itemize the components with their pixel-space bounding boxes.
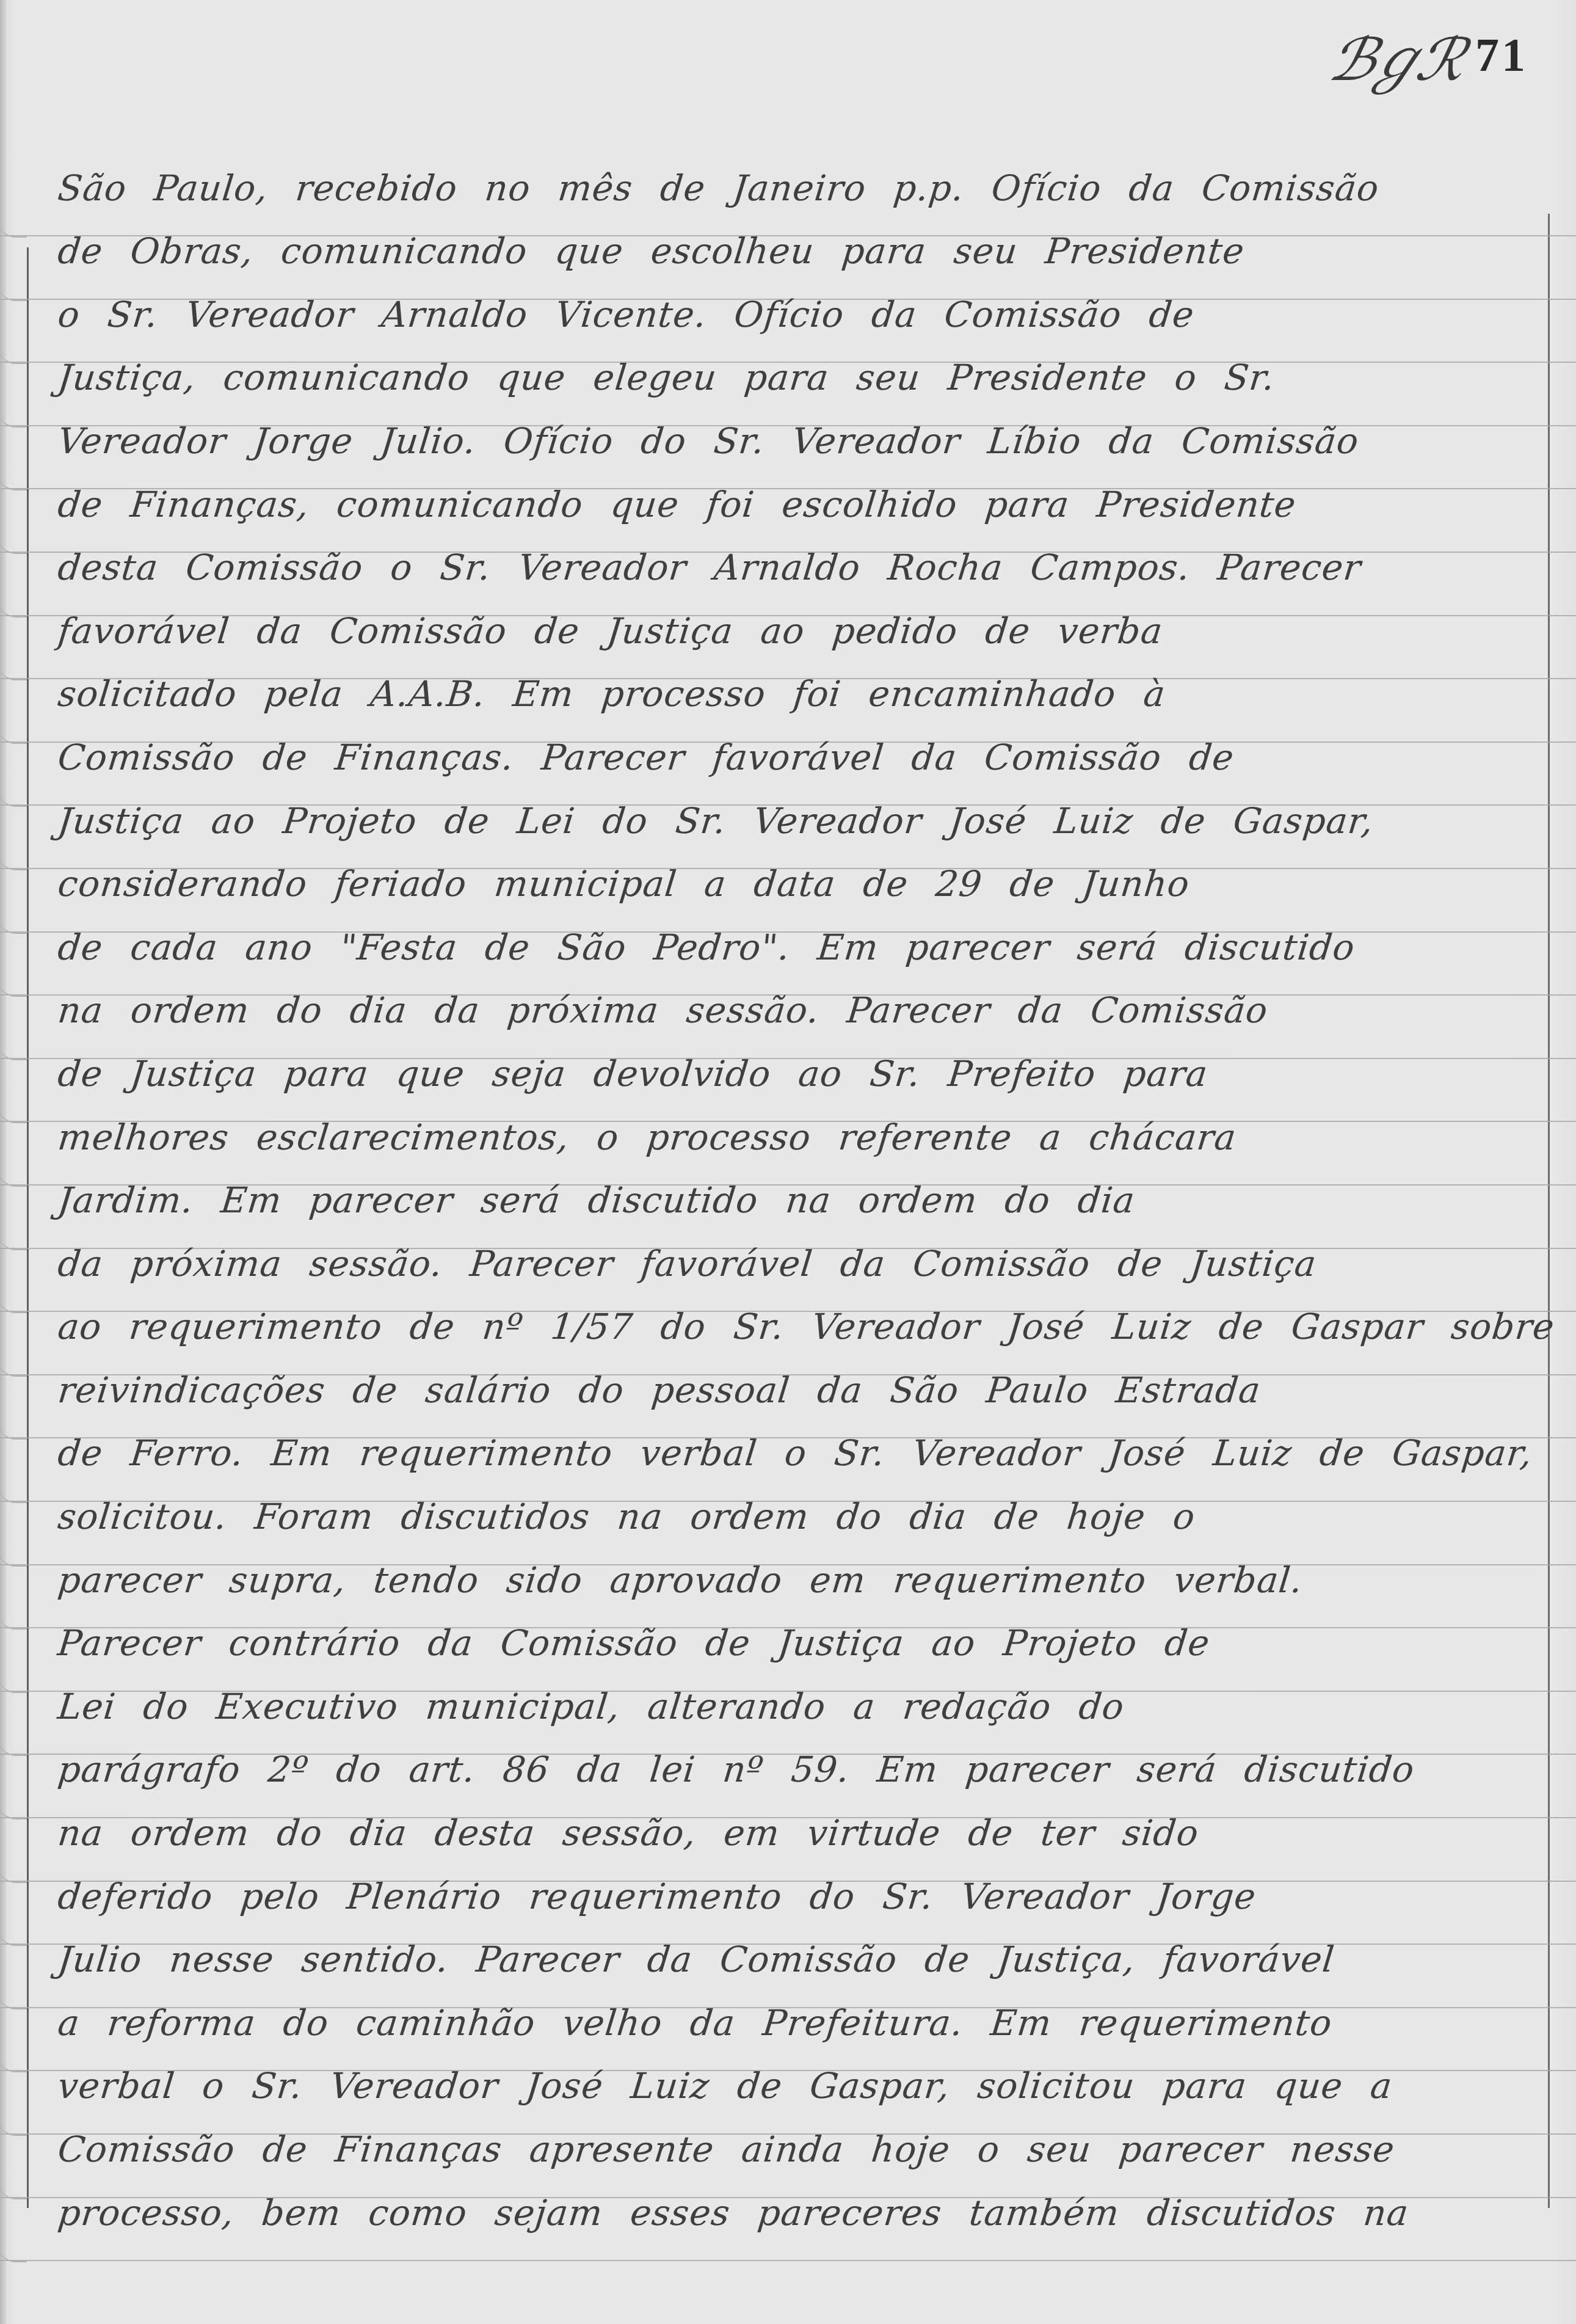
text-line: verbal o Sr. Vereador José Luiz de Gaspa… [58, 2057, 1536, 2121]
text-line: Jardim. Em parecer será discutido na ord… [58, 1171, 1536, 1235]
text-line: de cada ano "Festa de São Pedro". Em par… [58, 918, 1536, 982]
text-line: São Paulo, recebido no mês de Janeiro p.… [58, 159, 1536, 222]
handwritten-line-text: Julio nesse sentido. Parecer da Comissão… [56, 1939, 1337, 1980]
handwritten-line-text: deferido pelo Plenário requerimento do S… [56, 1876, 1258, 1917]
text-line: deferido pelo Plenário requerimento do S… [58, 1867, 1536, 1931]
page-header: ℬℊℛ 71 [1331, 12, 1528, 98]
handwritten-line-text: o Sr. Vereador Arnaldo Vicente. Ofício d… [56, 294, 1196, 335]
handwritten-line-text: Parecer contrário da Comissão de Justiça… [56, 1622, 1211, 1664]
text-line: processo, bem como sejam esses pareceres… [58, 2184, 1536, 2247]
text-line: de Ferro. Em requerimento verbal o Sr. V… [58, 1424, 1536, 1488]
handwritten-line-text: verbal o Sr. Vereador José Luiz de Gaspa… [56, 2065, 1394, 2107]
text-line: Parecer contrário da Comissão de Justiça… [58, 1614, 1536, 1678]
handwritten-line-text: Justiça ao Projeto de Lei do Sr. Vereado… [56, 800, 1376, 842]
text-line: solicitado pela A.A.B. Em processo foi e… [58, 665, 1536, 729]
text-line: favorável da Comissão de Justiça ao pedi… [58, 602, 1536, 665]
handwritten-text-block: São Paulo, recebido no mês de Janeiro p.… [58, 159, 1536, 2247]
handwritten-line-text: de Finanças, comunicando que foi escolhi… [56, 484, 1298, 525]
text-line: parecer supra, tendo sido aprovado em re… [58, 1551, 1536, 1614]
handwritten-line-text: solicitado pela A.A.B. Em processo foi e… [56, 673, 1167, 715]
handwritten-line-text: ao requerimento de nº 1/57 do Sr. Veread… [56, 1306, 1556, 1347]
page-number: 71 [1475, 27, 1528, 82]
handwritten-line-text: Lei do Executivo municipal, alterando a … [56, 1686, 1126, 1727]
text-line: reivindicações de salário do pessoal da … [58, 1361, 1536, 1424]
handwritten-line-text: parágrafo 2º do art. 86 da lei nº 59. Em… [56, 1749, 1416, 1790]
handwritten-line-text: Comissão de Finanças. Parecer favorável … [56, 737, 1236, 778]
text-line: de Obras, comunicando que escolheu para … [58, 222, 1536, 286]
text-line: considerando feriado municipal a data de… [58, 855, 1536, 919]
text-line: Justiça, comunicando que elegeu para seu… [58, 349, 1536, 412]
handwritten-line-text: considerando feriado municipal a data de… [56, 863, 1191, 905]
handwritten-line-text: Vereador Jorge Julio. Ofício do Sr. Vere… [56, 420, 1360, 462]
handwritten-line-text: na ordem do dia da próxima sessão. Parec… [56, 989, 1269, 1031]
handwritten-line-text: desta Comissão o Sr. Vereador Arnaldo Ro… [56, 547, 1363, 588]
handwritten-line-text: favorável da Comissão de Justiça ao pedi… [56, 610, 1164, 652]
handwritten-line-text: da próxima sessão. Parecer favorável da … [56, 1243, 1318, 1284]
text-line: melhores esclarecimentos, o processo ref… [58, 1108, 1536, 1171]
text-line: da próxima sessão. Parecer favorável da … [58, 1234, 1536, 1298]
left-margin-line [27, 247, 29, 2208]
handwritten-line-text: Jardim. Em parecer será discutido na ord… [56, 1179, 1137, 1221]
rubric-signature: ℬℊℛ [1322, 13, 1465, 97]
text-line: Julio nesse sentido. Parecer da Comissão… [58, 1931, 1536, 1994]
text-line: Lei do Executivo municipal, alterando a … [58, 1677, 1536, 1741]
text-line: de Justiça para que seja devolvido ao Sr… [58, 1044, 1536, 1108]
handwritten-line-text: melhores esclarecimentos, o processo ref… [56, 1116, 1238, 1158]
text-line: na ordem do dia desta sessão, em virtude… [58, 1804, 1536, 1867]
text-line: ao requerimento de nº 1/57 do Sr. Veread… [58, 1298, 1536, 1361]
text-line: de Finanças, comunicando que foi escolhi… [58, 475, 1536, 539]
text-line: solicitou. Foram discutidos na ordem do … [58, 1487, 1536, 1551]
right-margin-line [1548, 214, 1550, 2208]
ruled-line [0, 2260, 1576, 2261]
handwritten-line-text: de Justiça para que seja devolvido ao Sr… [56, 1053, 1210, 1095]
handwritten-line-text: Justiça, comunicando que elegeu para seu… [56, 357, 1277, 398]
handwritten-line-text: a reforma do caminhão velho da Prefeitur… [56, 2002, 1334, 2044]
text-line: parágrafo 2º do art. 86 da lei nº 59. Em… [58, 1741, 1536, 1804]
text-line: Justiça ao Projeto de Lei do Sr. Vereado… [58, 792, 1536, 855]
handwritten-line-text: reivindicações de salário do pessoal da … [56, 1369, 1263, 1411]
text-line: Vereador Jorge Julio. Ofício do Sr. Vere… [58, 412, 1536, 475]
handwritten-line-text: São Paulo, recebido no mês de Janeiro p.… [56, 167, 1381, 209]
ledger-page: ℬℊℛ 71 São Paulo, recebido no mês de Jan… [0, 0, 1576, 2324]
handwritten-line-text: processo, bem como sejam esses pareceres… [56, 2192, 1411, 2234]
handwritten-line-text: parecer supra, tendo sido aprovado em re… [56, 1559, 1304, 1601]
handwritten-line-text: na ordem do dia desta sessão, em virtude… [56, 1812, 1200, 1854]
handwritten-line-text: de Ferro. Em requerimento verbal o Sr. V… [56, 1432, 1534, 1474]
handwritten-line-text: solicitou. Foram discutidos na ordem do … [56, 1496, 1197, 1537]
handwritten-line-text: de cada ano "Festa de São Pedro". Em par… [56, 927, 1357, 968]
text-line: desta Comissão o Sr. Vereador Arnaldo Ro… [58, 539, 1536, 602]
handwritten-line-text: de Obras, comunicando que escolheu para … [56, 230, 1246, 272]
text-line: o Sr. Vereador Arnaldo Vicente. Ofício d… [58, 285, 1536, 349]
text-line: a reforma do caminhão velho da Prefeitur… [58, 1994, 1536, 2057]
text-line: na ordem do dia da próxima sessão. Parec… [58, 982, 1536, 1045]
handwritten-line-text: Comissão de Finanças apresente ainda hoj… [56, 2129, 1396, 2170]
text-line: Comissão de Finanças. Parecer favorável … [58, 728, 1536, 792]
text-line: Comissão de Finanças apresente ainda hoj… [58, 2120, 1536, 2184]
